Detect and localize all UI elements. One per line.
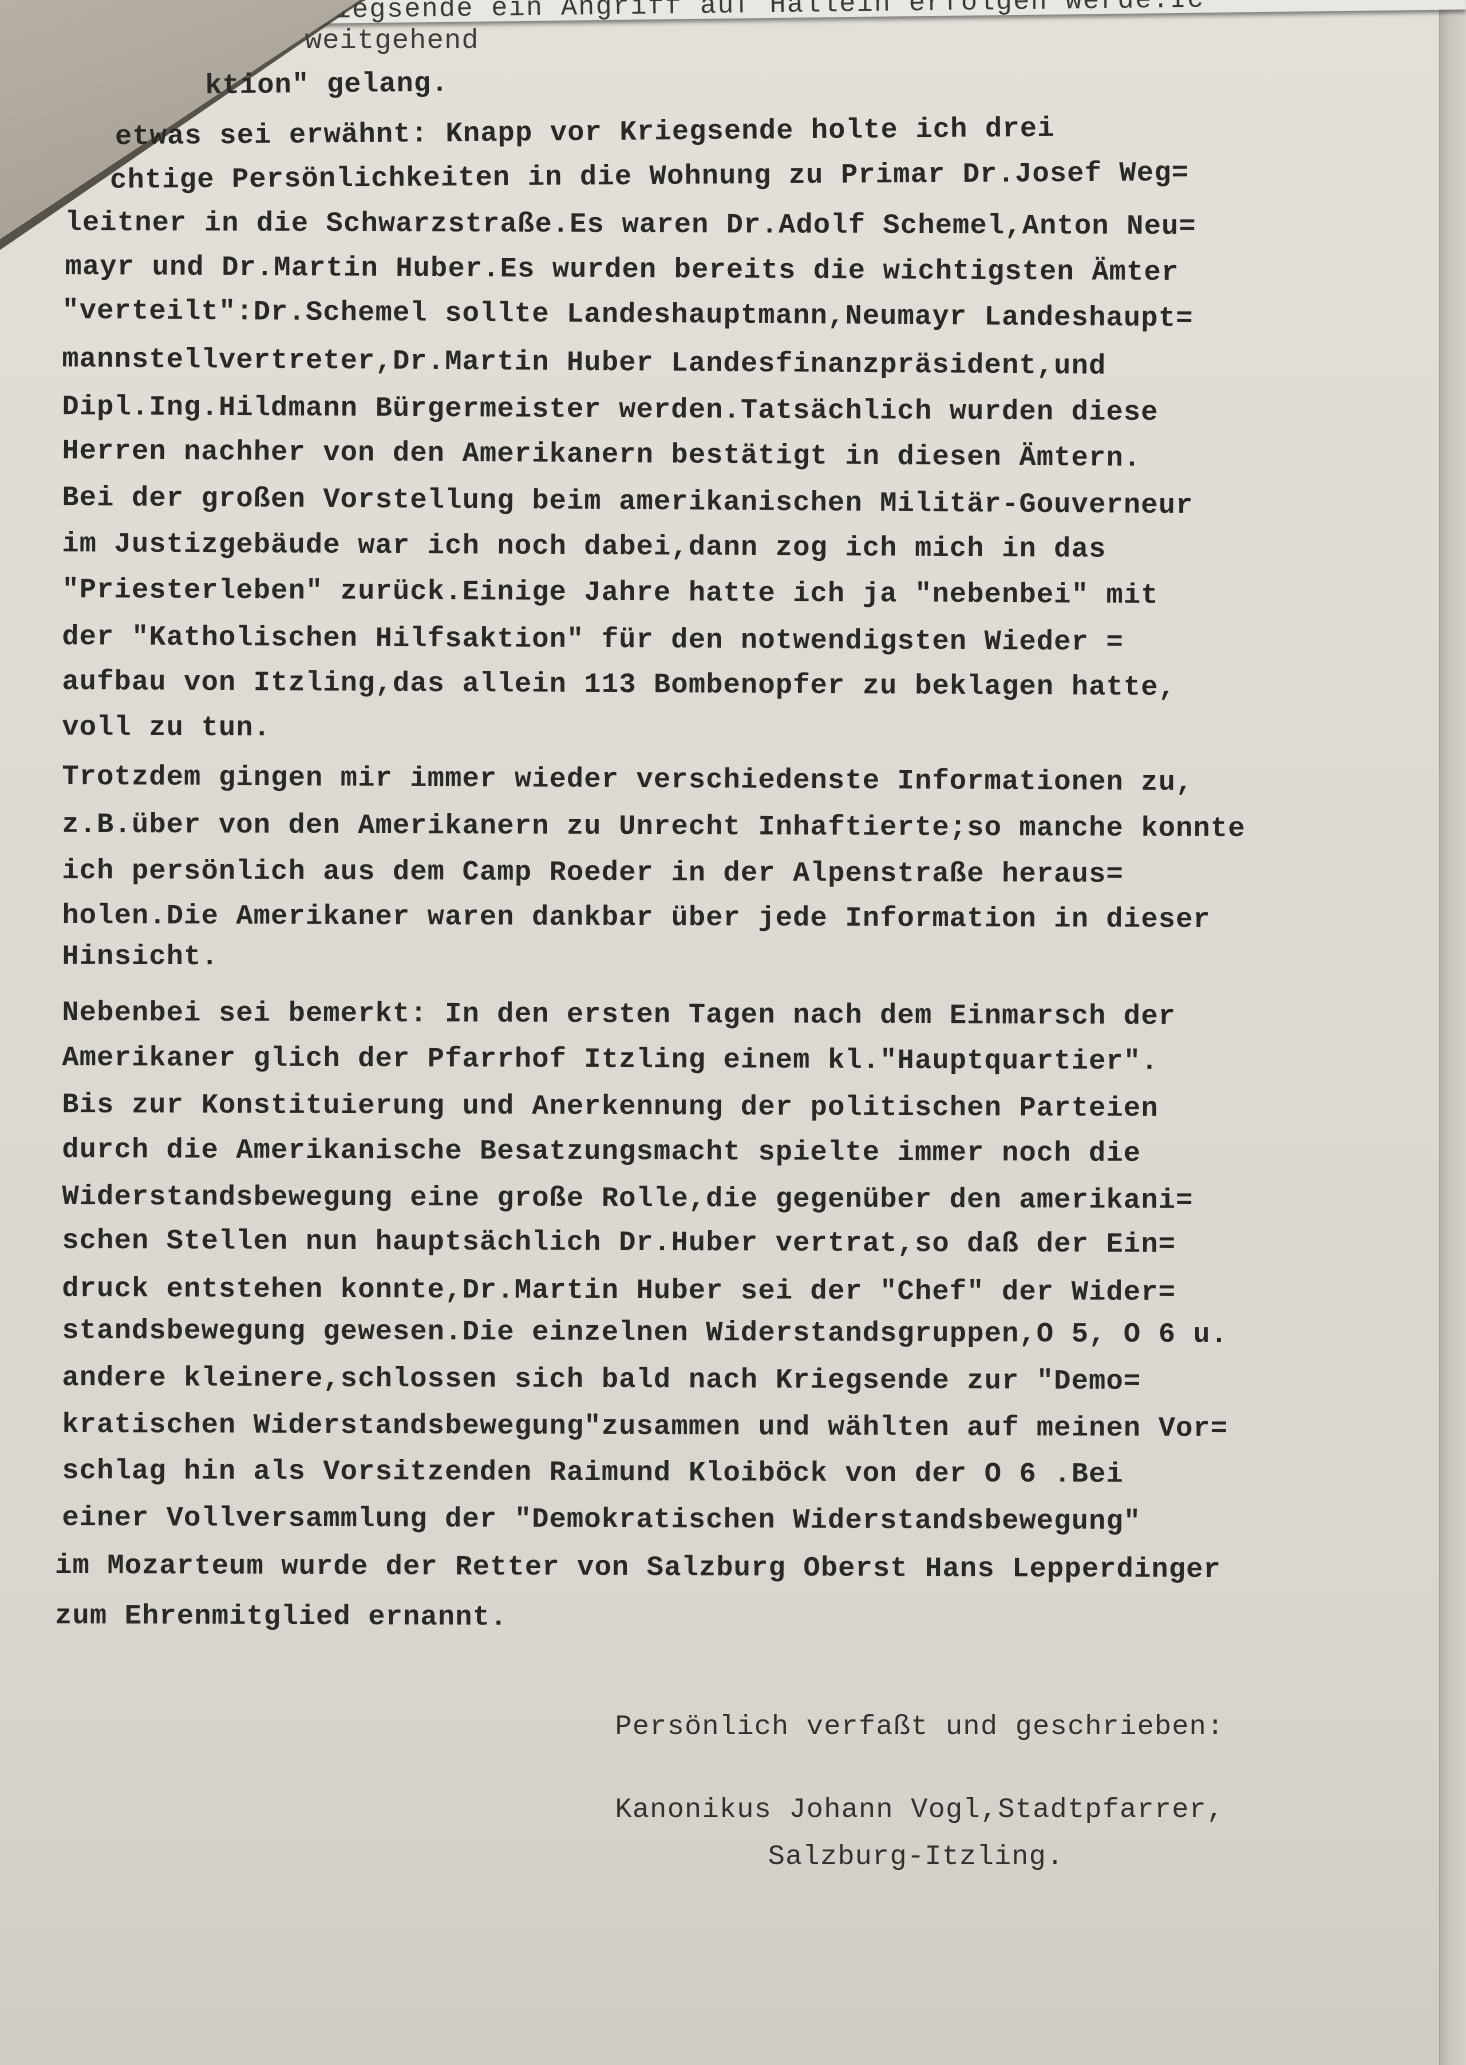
text-line: Hinsicht. — [62, 942, 219, 973]
text-line: im Mozarteum wurde der Retter von Salzbu… — [55, 1551, 1221, 1586]
text-line: Dipl.Ing.Hildmann Bürgermeister werden.T… — [62, 392, 1159, 429]
text-line: Nebenbei sei bemerkt: In den ersten Tage… — [62, 998, 1176, 1033]
text-line: andere kleinere,schlossen sich bald nach… — [62, 1363, 1141, 1398]
text-line: voll zu tun. — [62, 713, 271, 745]
signature-place: Salzburg-Itzling. — [768, 1842, 1064, 1873]
signature-name: Kanonikus Johann Vogl,Stadtpfarrer, — [615, 1795, 1224, 1826]
text-line: im Justizgebäude war ich noch dabei,dann… — [62, 529, 1106, 565]
text-line: der "Katholischen Hilfsaktion" für den n… — [62, 622, 1124, 659]
text-line: standsbewegung gewesen.Die einzelnen Wid… — [62, 1316, 1228, 1351]
text-line: holen.Die Amerikaner waren dankbar über … — [62, 901, 1211, 936]
text-line: mayr und Dr.Martin Huber.Es wurden berei… — [65, 252, 1179, 289]
text-line: Amerikaner glich der Pfarrhof Itzling ei… — [62, 1043, 1158, 1078]
text-line: z.B.über von den Amerikanern zu Unrecht … — [62, 810, 1245, 845]
text-line: durch die Amerikanische Besatzungsmacht … — [62, 1135, 1141, 1170]
text-line: "Priesterleben" zurück.Einige Jahre hatt… — [62, 575, 1159, 612]
signature-intro: Persönlich verfaßt und geschrieben: — [615, 1712, 1224, 1743]
text-line: schen Stellen nun hauptsächlich Dr.Huber… — [62, 1226, 1176, 1261]
text-line: aufbau von Itzling,das allein 113 Bomben… — [62, 667, 1176, 704]
text-line: Trotzdem gingen mir immer wieder verschi… — [62, 762, 1193, 799]
text-line: kratischen Widerstandsbewegung"zusammen … — [62, 1410, 1228, 1445]
text-line: einer Vollversammlung der "Demokratische… — [62, 1503, 1141, 1538]
page-edge — [1439, 0, 1466, 2065]
text-line: druck entstehen konnte,Dr.Martin Huber s… — [62, 1274, 1176, 1309]
text-line: zum Ehrenmitglied ernannt. — [55, 1601, 508, 1634]
text-line: leitner in die Schwarzstraße.Es waren Dr… — [65, 208, 1196, 243]
text-line: ich persönlich aus dem Camp Roeder in de… — [62, 856, 1124, 891]
inserted-word: weitgehend — [305, 26, 479, 57]
text-line: ktion" gelang. — [205, 69, 449, 103]
text-line: schlag hin als Vorsitzenden Raimund Kloi… — [62, 1456, 1124, 1491]
text-line: Widerstandsbewegung eine große Rolle,die… — [62, 1182, 1193, 1217]
text-line: Bis zur Konstituierung und Anerkennung d… — [62, 1090, 1158, 1125]
